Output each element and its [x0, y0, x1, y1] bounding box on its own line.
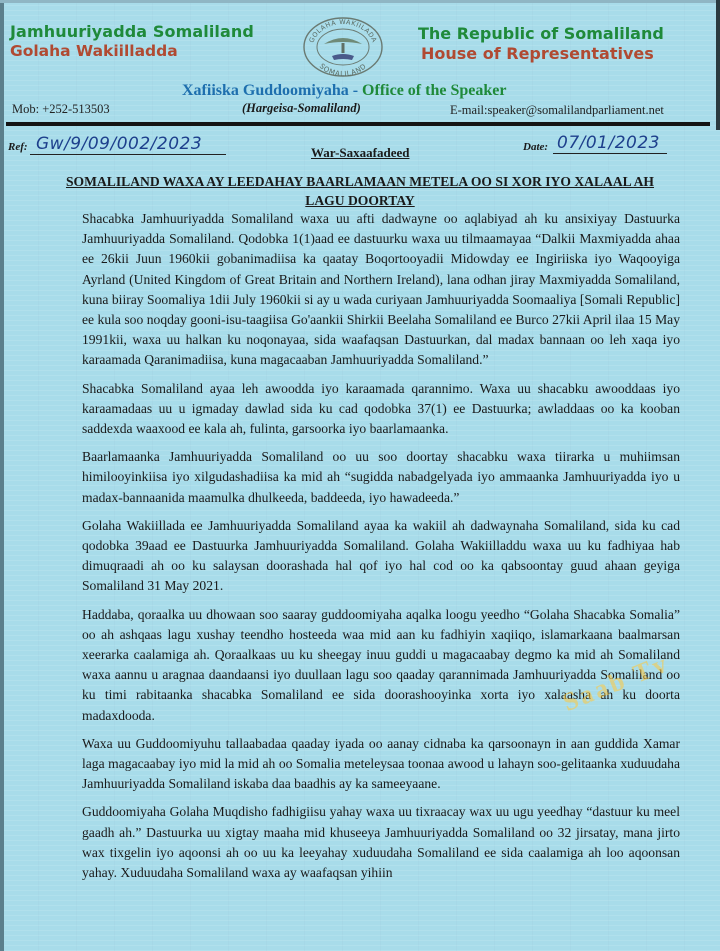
paragraph: Shacabka Jamhuuriyadda Somaliland waxa u… [82, 209, 680, 371]
mobile-number: Mob: +252-513503 [12, 102, 110, 117]
email-address: E-mail:speaker@somalilandparliament.net [450, 103, 664, 118]
paragraph: Guddoomiyaha Golaha Muqdisho fadhigiisu … [82, 802, 680, 883]
scan-edge-left [0, 0, 4, 951]
document-date: 07/01/2023 [553, 133, 667, 154]
office-title-english: Office of the Speaker [362, 82, 506, 99]
scan-edge-right [716, 0, 720, 130]
scan-edge-top [0, 0, 720, 3]
ref-label: Ref: [8, 141, 28, 153]
paragraph: Waxa uu Guddoomiyuhu tallaabadaa qaaday … [82, 734, 680, 795]
letterhead-english-house: House of Representatives [421, 44, 654, 63]
press-release-headline: SOMALILAND WAXA AY LEEDAHAY BAARLAMAAN M… [60, 172, 660, 210]
letterhead-divider [6, 122, 710, 126]
document-page: Jamhuuriyadda Somaliland Golaha Wakiilla… [0, 0, 720, 951]
press-release-body: Shacabka Jamhuuriyadda Somaliland waxa u… [82, 209, 680, 891]
parliament-seal-icon: GOLAHA WAKIILADA SOMALILAND [302, 16, 384, 78]
letterhead-somali-republic: Jamhuuriyadda Somaliland [10, 22, 254, 41]
office-title-separator: - [349, 82, 362, 99]
document-type: War-Saxaafadeed [311, 145, 409, 161]
office-title-somali: Xafiiska Guddoomiyaha [182, 82, 349, 99]
paragraph: Golaha Wakiillada ee Jamhuuriyadda Somal… [82, 516, 680, 597]
paragraph: Baarlamaanka Jamhuuriyadda Somaliland oo… [82, 447, 680, 508]
letterhead-english-republic: The Republic of Somaliland [418, 24, 664, 43]
office-location: (Hargeisa-Somaliland) [242, 101, 361, 116]
letterhead-somali-house: Golaha Wakiilladda [10, 42, 178, 60]
office-title: Xafiiska Guddoomiyaha - Office of the Sp… [182, 82, 506, 100]
ref-number: Gw/9/09/002/2023 [30, 134, 226, 155]
date-label: Date: [523, 141, 548, 153]
paragraph: Shacabka Somaliland ayaa leh awoodda iyo… [82, 379, 680, 440]
